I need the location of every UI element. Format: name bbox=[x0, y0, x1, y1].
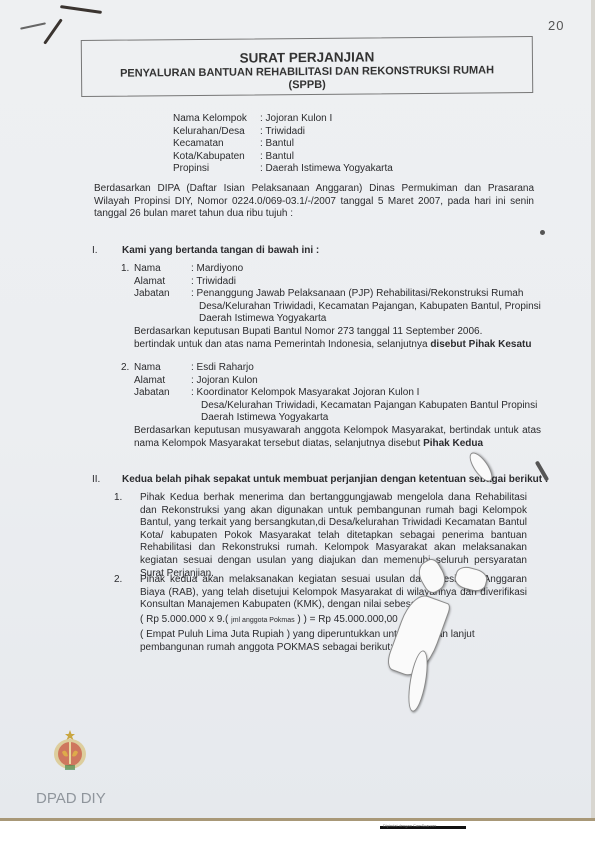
field-label: Jabatan bbox=[134, 288, 191, 301]
section-heading-text: Kami yang bertanda tangan di bawah ini : bbox=[122, 245, 319, 256]
calc-prefix: ( Rp 5.000.000 x 9.( bbox=[140, 614, 231, 625]
identity-row: Kecamatan: Bantul bbox=[173, 138, 393, 151]
page-number: 20 bbox=[548, 18, 564, 33]
watermark-text: DPAD DIY bbox=[36, 790, 106, 807]
party-position: : Penanggung Jawab Pelaksanaan (PJP) Reh… bbox=[191, 288, 541, 301]
identity-value: : Bantul bbox=[260, 151, 294, 164]
identity-value: : Bantul bbox=[260, 138, 294, 151]
party-acting: bertindak untuk dan atas nama Pemerintah… bbox=[121, 339, 541, 352]
title-box: SURAT PERJANJIAN PENYALURAN BANTUAN REHA… bbox=[81, 36, 533, 97]
clause-number: 2. bbox=[114, 574, 140, 655]
document-acronym: (SPPB) bbox=[82, 77, 532, 93]
intro-paragraph: Berdasarkan DIPA (Daftar Isian Pelaksana… bbox=[94, 183, 534, 221]
party-address: : Jojoran Kulon bbox=[191, 375, 541, 388]
dpad-emblem-icon bbox=[52, 730, 88, 774]
identity-row: Nama Kelompok: Jojoran Kulon I bbox=[173, 113, 393, 126]
party-acting-text: bertindak untuk dan atas nama Pemerintah… bbox=[134, 339, 430, 350]
calc-total: ) ) = Rp 45.000.000,00 bbox=[295, 614, 398, 625]
identity-label: Propinsi bbox=[173, 163, 260, 176]
identity-row: Kota/Kabupaten: Bantul bbox=[173, 151, 393, 164]
identity-value: : Triwidadi bbox=[260, 126, 305, 139]
section-number: I. bbox=[92, 245, 122, 256]
party-number: 1. bbox=[121, 263, 134, 276]
page-edge bbox=[591, 0, 595, 818]
calc-note: jml anggota Pokmas bbox=[231, 617, 294, 624]
party-1: 1.Nama: Mardiyono Alamat: Triwidadi Jaba… bbox=[121, 263, 541, 351]
party-basis: Berdasarkan keputusan musyawarah anggota… bbox=[121, 425, 541, 450]
party-position-cont: Desa/Kelurahan Triwidadi, Kecamatan Paja… bbox=[121, 301, 541, 314]
identity-row: Propinsi: Daerah Istimewa Yogyakarta bbox=[173, 163, 393, 176]
field-label: Nama bbox=[134, 263, 191, 276]
identity-value: : Jojoran Kulon I bbox=[260, 113, 332, 126]
party-address: : Triwidadi bbox=[191, 276, 541, 289]
party-position: : Koordinator Kelompok Masyarakat Jojora… bbox=[191, 387, 541, 400]
party-name: : Esdi Raharjo bbox=[191, 362, 541, 375]
identity-label: Kecamatan bbox=[173, 138, 260, 151]
party-position-cont: Daerah Istimewa Yogyakarta bbox=[121, 313, 541, 326]
field-label: Jabatan bbox=[134, 387, 191, 400]
party-designation: Pihak Kedua bbox=[423, 438, 483, 449]
party-position-cont: Daerah Istimewa Yogyakarta bbox=[121, 412, 541, 425]
identity-table: Nama Kelompok: Jojoran Kulon I Kelurahan… bbox=[173, 113, 393, 176]
party-basis: Berdasarkan keputusan Bupati Bantul Nomo… bbox=[121, 326, 541, 339]
party-number: 2. bbox=[121, 362, 134, 375]
field-label: Nama bbox=[134, 362, 191, 375]
clause-number: 1. bbox=[114, 492, 140, 580]
section-number: II. bbox=[92, 474, 122, 485]
pen-mark bbox=[540, 230, 545, 235]
party-2: 2.Nama: Esdi Raharjo Alamat: Jojoran Kul… bbox=[121, 362, 541, 450]
identity-row: Kelurahan/Desa: Triwidadi bbox=[173, 126, 393, 139]
section-1-heading: I.Kami yang bertanda tangan di bawah ini… bbox=[92, 245, 319, 256]
amount-in-words: ( Empat Puluh Lima Juta Rupiah ) yang di… bbox=[140, 629, 527, 654]
identity-value: : Daerah Istimewa Yogyakarta bbox=[260, 163, 393, 176]
amount-calculation: ( Rp 5.000.000 x 9.( jml anggota Pokmas … bbox=[140, 614, 527, 628]
footer-text: Dipindai dengan CamScanner bbox=[383, 823, 436, 828]
field-label: Alamat bbox=[134, 276, 191, 289]
party-position-cont: Desa/Kelurahan Triwidadi, Kecamatan Paja… bbox=[121, 400, 541, 413]
party-name: : Mardiyono bbox=[191, 263, 541, 276]
party-designation: disebut Pihak Kesatu bbox=[430, 339, 531, 350]
identity-label: Kelurahan/Desa bbox=[173, 126, 260, 139]
field-label: Alamat bbox=[134, 375, 191, 388]
identity-label: Nama Kelompok bbox=[173, 113, 260, 126]
identity-label: Kota/Kabupaten bbox=[173, 151, 260, 164]
